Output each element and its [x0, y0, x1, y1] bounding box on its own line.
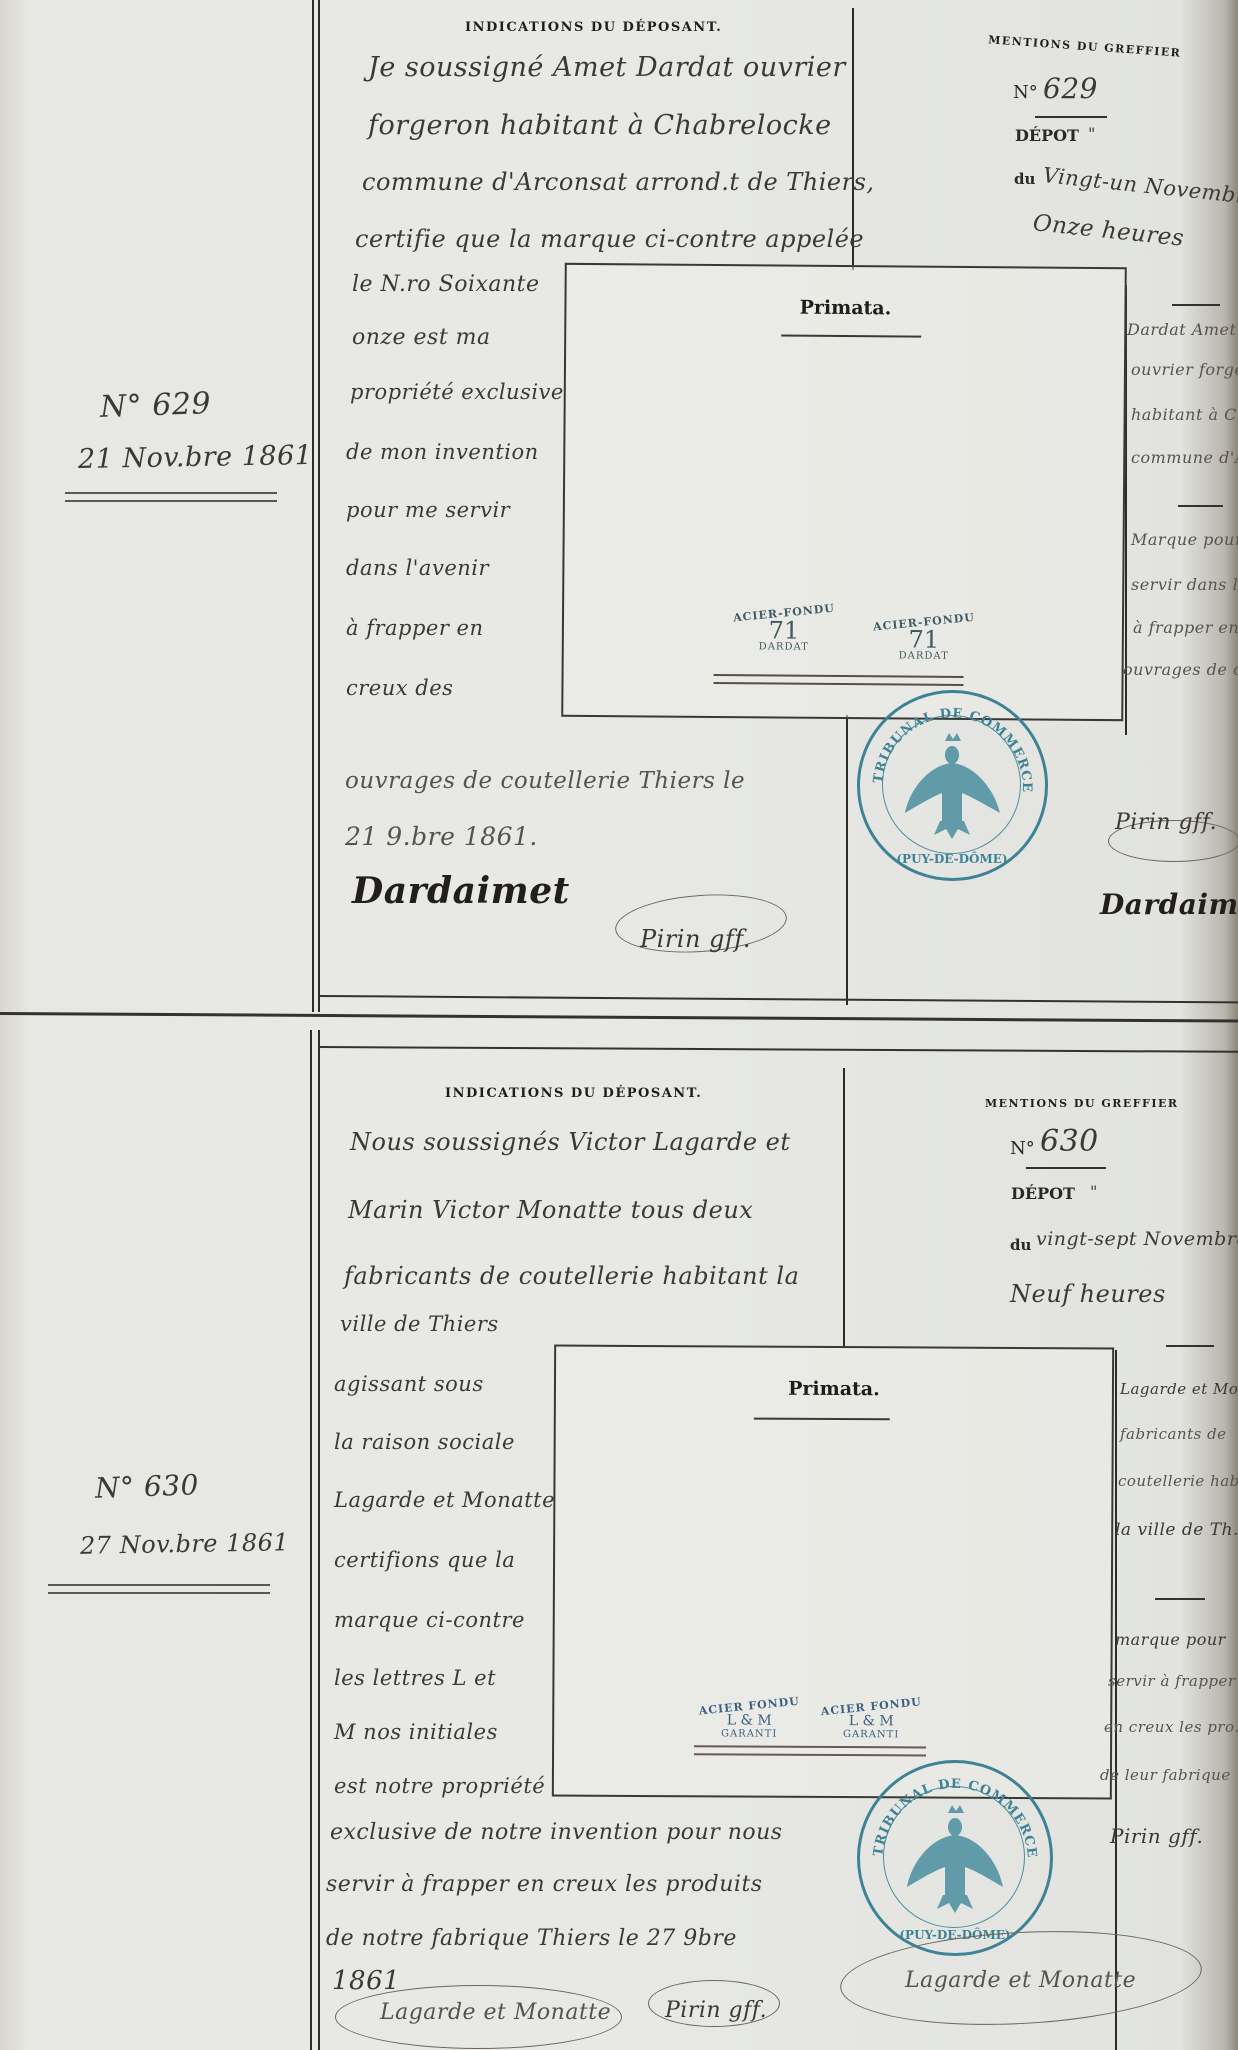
- margin-double-rule: [48, 1584, 270, 1594]
- margin-entry-number: N° 629: [99, 386, 211, 425]
- clerk-note-line: Marque pour: [1131, 530, 1238, 549]
- margin-entry-number: N° 630: [94, 1468, 199, 1505]
- depositor-signature: Dardaimet: [352, 870, 570, 912]
- du-label: du: [1014, 170, 1035, 188]
- number-underline: [1035, 116, 1107, 118]
- depositor-line: forgeron habitant à Chabrelocke: [368, 110, 832, 141]
- margin-column-rule: [312, 0, 314, 1012]
- number-underline: [1026, 1167, 1106, 1169]
- trademark-stamp: ACIER-FONDU 71 DARDAT: [869, 615, 979, 678]
- entry-divider: [320, 1046, 1238, 1053]
- clerk-note-line: à frapper en creux: [1133, 618, 1238, 637]
- depositor-line: commune d'Arconsat arrond.t de Thiers,: [362, 168, 875, 196]
- du-label: du: [1010, 1236, 1031, 1254]
- depositor-line: la raison sociale: [334, 1430, 515, 1454]
- clerk-note-rule: [1166, 1345, 1214, 1347]
- clerk-note-line: commune d'Arcon.: [1131, 448, 1238, 467]
- title-underline: [754, 1418, 890, 1421]
- depositor-line: servir à frapper en creux les produits: [326, 1872, 763, 1897]
- register-page: N° 629 21 Nov.bre 1861 INDICATIONS DU DÉ…: [0, 0, 1238, 2050]
- clerk-note-line: Lagarde et Monatte: [1120, 1380, 1238, 1398]
- depositor-line: agissant sous: [334, 1372, 484, 1396]
- stamp-baseline-rule: [713, 674, 963, 686]
- clerk-note-line: de leur fabrique: [1100, 1766, 1231, 1784]
- depositor-line: onze est ma: [352, 325, 491, 350]
- depositor-line: certifie que la marque ci-contre appelée: [355, 225, 864, 253]
- depot-label: DÉPOT: [1011, 1184, 1075, 1203]
- clerk-note-line: fabricants de: [1120, 1425, 1227, 1443]
- tribunal-seal: TRIBUNAL DE COMMERCE DE THIERS (PUY-DE-D…: [857, 690, 1048, 881]
- depositor-line: Marin Victor Monatte tous deux: [348, 1196, 753, 1224]
- trademark-box-title: Primata.: [556, 1377, 1112, 1402]
- margin-column-rule: [310, 1030, 312, 2050]
- clerk-column-rule: [846, 715, 848, 1005]
- depositor-line: de notre fabrique Thiers le 27 9bre: [326, 1926, 737, 1951]
- clerk-note-line: habitant à Chab.: [1131, 405, 1238, 424]
- clerk-number-label: N°: [1013, 82, 1038, 103]
- clerk-heading: MENTIONS DU GREFFIER: [988, 33, 1182, 59]
- margin-entry-date: 21 Nov.bre 1861: [78, 440, 313, 475]
- clerk-note-line: servir dans l'av.: [1131, 575, 1238, 594]
- margin-double-rule: [65, 492, 277, 502]
- clerk-column-signature: Pirin gff.: [1110, 1824, 1203, 1848]
- depositor-heading: INDICATIONS DU DÉPOSANT.: [445, 1086, 702, 1101]
- depositor-line: 21 9.bre 1861.: [345, 822, 538, 851]
- clerk-note-line: Dardat Amet: [1127, 320, 1236, 339]
- eagle-emblem-icon: TRIBUNAL DE COMMERCE DE THIERS (PUY-DE-D…: [860, 1763, 1050, 1953]
- clerk-number-value: 629: [1043, 72, 1098, 105]
- tribunal-seal: TRIBUNAL DE COMMERCE DE THIERS (PUY-DE-D…: [857, 1760, 1053, 1956]
- depositor-line: certifions que la: [334, 1548, 515, 1572]
- depositor-line: ville de Thiers: [340, 1312, 499, 1336]
- clerk-note-line: en creux les pro.: [1104, 1718, 1238, 1736]
- depositor-line: Je soussigné Amet Dardat ouvrier: [368, 52, 846, 83]
- clerk-note-rule: [1178, 505, 1223, 507]
- clerk-column-rule: [843, 1068, 845, 1346]
- trademark-box-title: Primata.: [566, 295, 1124, 321]
- clerk-note-line: ouvrages de coutel.: [1123, 660, 1238, 679]
- clerk-note-line: coutellerie hab.: [1118, 1472, 1238, 1490]
- clerk-column-signature: Lagarde et Monatte: [905, 1968, 1136, 1993]
- depositor-line: M nos initiales: [334, 1720, 498, 1744]
- depositor-line: pour me servir: [346, 498, 510, 522]
- margin-entry-date: 27 Nov.bre 1861: [80, 1528, 290, 1560]
- depositor-line: les lettres L et: [334, 1666, 496, 1690]
- depot-value: ": [1088, 124, 1096, 143]
- svg-text:(PUY-DE-DÔME): (PUY-DE-DÔME): [896, 850, 1007, 866]
- depositor-line: est notre propriété: [334, 1774, 545, 1798]
- clerk-note-line: ouvrier forgeron: [1131, 360, 1238, 379]
- clerk-signature: Pirin gff.: [665, 1998, 767, 2023]
- trademark-box: Primata. ACIER FONDU L & M GARANTI ACIER…: [552, 1345, 1114, 1800]
- depositor-line: marque ci-contre: [334, 1608, 525, 1632]
- clerk-note-line: servir à frapper: [1108, 1672, 1236, 1690]
- depositor-line: creux des: [346, 676, 453, 700]
- entry-divider: [320, 995, 1238, 1003]
- margin-column-rule: [318, 1030, 320, 2050]
- depositor-line: Lagarde et Monatte: [334, 1488, 555, 1512]
- clerk-number-value: 630: [1040, 1124, 1099, 1159]
- clerk-note-rule: [1172, 304, 1220, 306]
- clerk-column-signature: Dardaimet: [1100, 888, 1238, 921]
- depot-label: DÉPOT: [1015, 126, 1079, 145]
- margin-column-rule: [318, 0, 320, 1012]
- depositor-line: de mon invention: [346, 440, 539, 464]
- depositor-line: fabricants de coutellerie habitant la: [344, 1262, 799, 1290]
- deposit-date-value: vingt-sept Novembre 18: [1036, 1228, 1238, 1250]
- deposit-date-value: Vingt-un Novembre: [1042, 163, 1238, 210]
- clerk-signature: Pirin gff.: [640, 925, 751, 953]
- depositor-line: à frapper en: [346, 616, 484, 640]
- title-underline: [781, 335, 921, 338]
- depositor-line: exclusive de notre invention pour nous: [330, 1820, 783, 1845]
- clerk-heading: MENTIONS DU GREFFIER: [985, 1097, 1179, 1110]
- trademark-stamp: ACIER-FONDU 71 DARDAT: [729, 606, 839, 669]
- depositor-heading: INDICATIONS DU DÉPOSANT.: [465, 20, 722, 35]
- depositor-line: propriété exclusive: [350, 380, 564, 404]
- clerk-note-line: marque pour: [1115, 1630, 1226, 1649]
- clerk-note-rule: [1155, 1598, 1205, 1600]
- clerk-column-signature: Pirin gff.: [1115, 810, 1217, 835]
- depositor-line: Nous soussignés Victor Lagarde et: [350, 1128, 791, 1156]
- deposit-hour-value: Neuf heures: [1010, 1280, 1166, 1308]
- depot-value: ": [1090, 1182, 1098, 1201]
- entry-divider: [0, 1012, 1238, 1023]
- depositor-line: le N.ro Soixante: [352, 272, 540, 297]
- clerk-note-line: la ville de Th.: [1115, 1520, 1238, 1540]
- depositor-line: dans l'avenir: [346, 556, 489, 580]
- trademark-box: Primata. ACIER-FONDU 71 DARDAT ACIER-FON…: [561, 263, 1127, 721]
- deposit-hour-value: Onze heures: [1032, 210, 1186, 252]
- clerk-number-label: N°: [1010, 1138, 1035, 1159]
- stamp-baseline-rule: [694, 1745, 926, 1756]
- depositor-signature: Lagarde et Monatte: [380, 2000, 611, 2025]
- eagle-emblem-icon: TRIBUNAL DE COMMERCE DE THIERS (PUY-DE-D…: [860, 693, 1045, 878]
- depositor-line: ouvrages de coutellerie Thiers le: [345, 768, 745, 794]
